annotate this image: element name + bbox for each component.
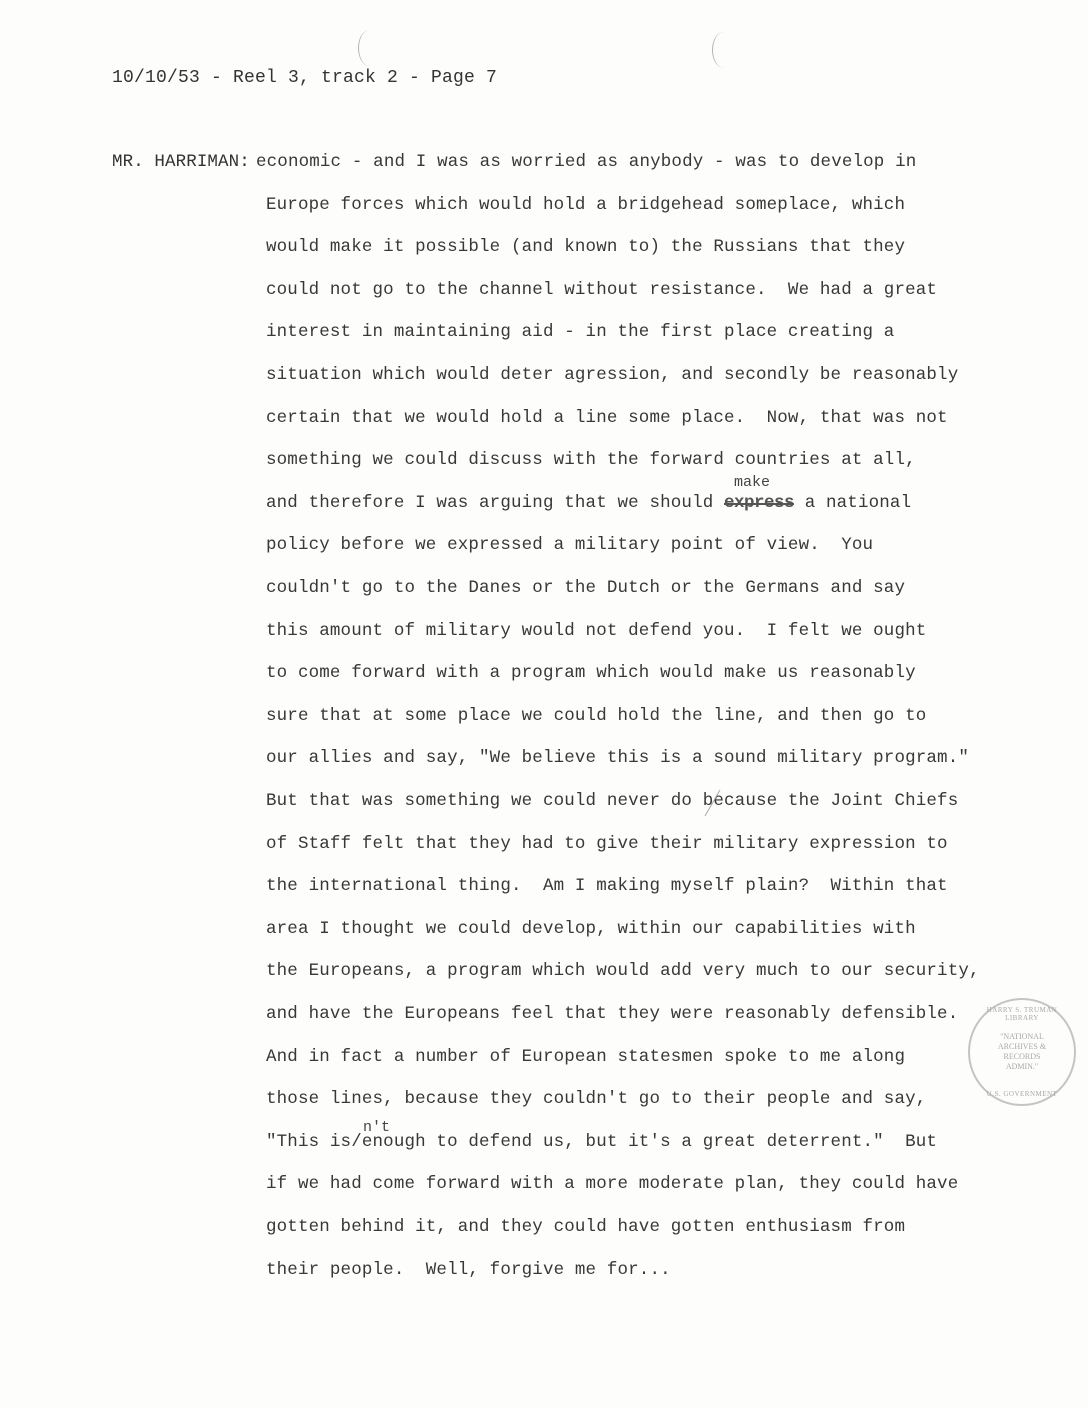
stamp-center-text: "NATIONAL ARCHIVES & RECORDS ADMIN."	[992, 1032, 1052, 1072]
struck-through-word: express	[724, 493, 794, 513]
transcript-line: sure that at some place we could hold th…	[266, 706, 926, 726]
transcript-line: the international thing. Am I making mys…	[266, 876, 948, 896]
transcript-line: if we had come forward with a more moder…	[266, 1174, 958, 1194]
transcript-line: economic - and I was as worried as anybo…	[256, 152, 916, 172]
handwritten-correction-make: make	[734, 474, 770, 491]
punch-hole-mark	[358, 30, 381, 66]
stamp-ring-top: HARRY S. TRUMAN LIBRARY	[970, 1006, 1074, 1022]
speaker-label: MR. HARRIMAN:	[112, 152, 250, 172]
transcript-line: something we could discuss with the forw…	[266, 450, 916, 470]
page-header: 10/10/53 - Reel 3, track 2 - Page 7	[112, 68, 497, 88]
transcript-line: could not go to the channel without resi…	[266, 280, 937, 300]
transcript-line: policy before we expressed a military po…	[266, 535, 873, 555]
transcript-line: of Staff felt that they had to give thei…	[266, 834, 948, 854]
transcript-line: and therefore I was arguing that we shou…	[266, 493, 911, 513]
transcript-line: the Europeans, a program which would add…	[266, 961, 980, 981]
transcript-line: And in fact a number of European statesm…	[266, 1047, 905, 1067]
transcript-line: situation which would deter agression, a…	[266, 365, 958, 385]
punch-hole-mark	[712, 32, 735, 68]
stamp-ring-bottom: U.S. GOVERNMENT	[970, 1090, 1074, 1098]
transcript-line: and have the Europeans feel that they we…	[266, 1004, 958, 1024]
transcript-line: Europe forces which would hold a bridgeh…	[266, 195, 905, 215]
transcript-line: area I thought we could develop, within …	[266, 919, 916, 939]
handwritten-correction-nt: n't	[363, 1119, 390, 1136]
transcript-line: our allies and say, "We believe this is …	[266, 748, 969, 768]
transcript-line: would make it possible (and known to) th…	[266, 237, 905, 257]
transcript-line: those lines, because they couldn't go to…	[266, 1089, 926, 1109]
transcript-line: interest in maintaining aid - in the fir…	[266, 322, 894, 342]
transcript-line: their people. Well, forgive me for...	[266, 1260, 671, 1280]
transcript-line: to come forward with a program which wou…	[266, 663, 916, 683]
transcript-line: this amount of military would not defend…	[266, 621, 926, 641]
transcript-line: But that was something we could never do…	[266, 791, 958, 811]
transcript-line: gotten behind it, and they could have go…	[266, 1217, 905, 1237]
transcript-line: certain that we would hold a line some p…	[266, 408, 948, 428]
archive-stamp: HARRY S. TRUMAN LIBRARY "NATIONAL ARCHIV…	[968, 998, 1076, 1106]
transcript-line: couldn't go to the Danes or the Dutch or…	[266, 578, 905, 598]
